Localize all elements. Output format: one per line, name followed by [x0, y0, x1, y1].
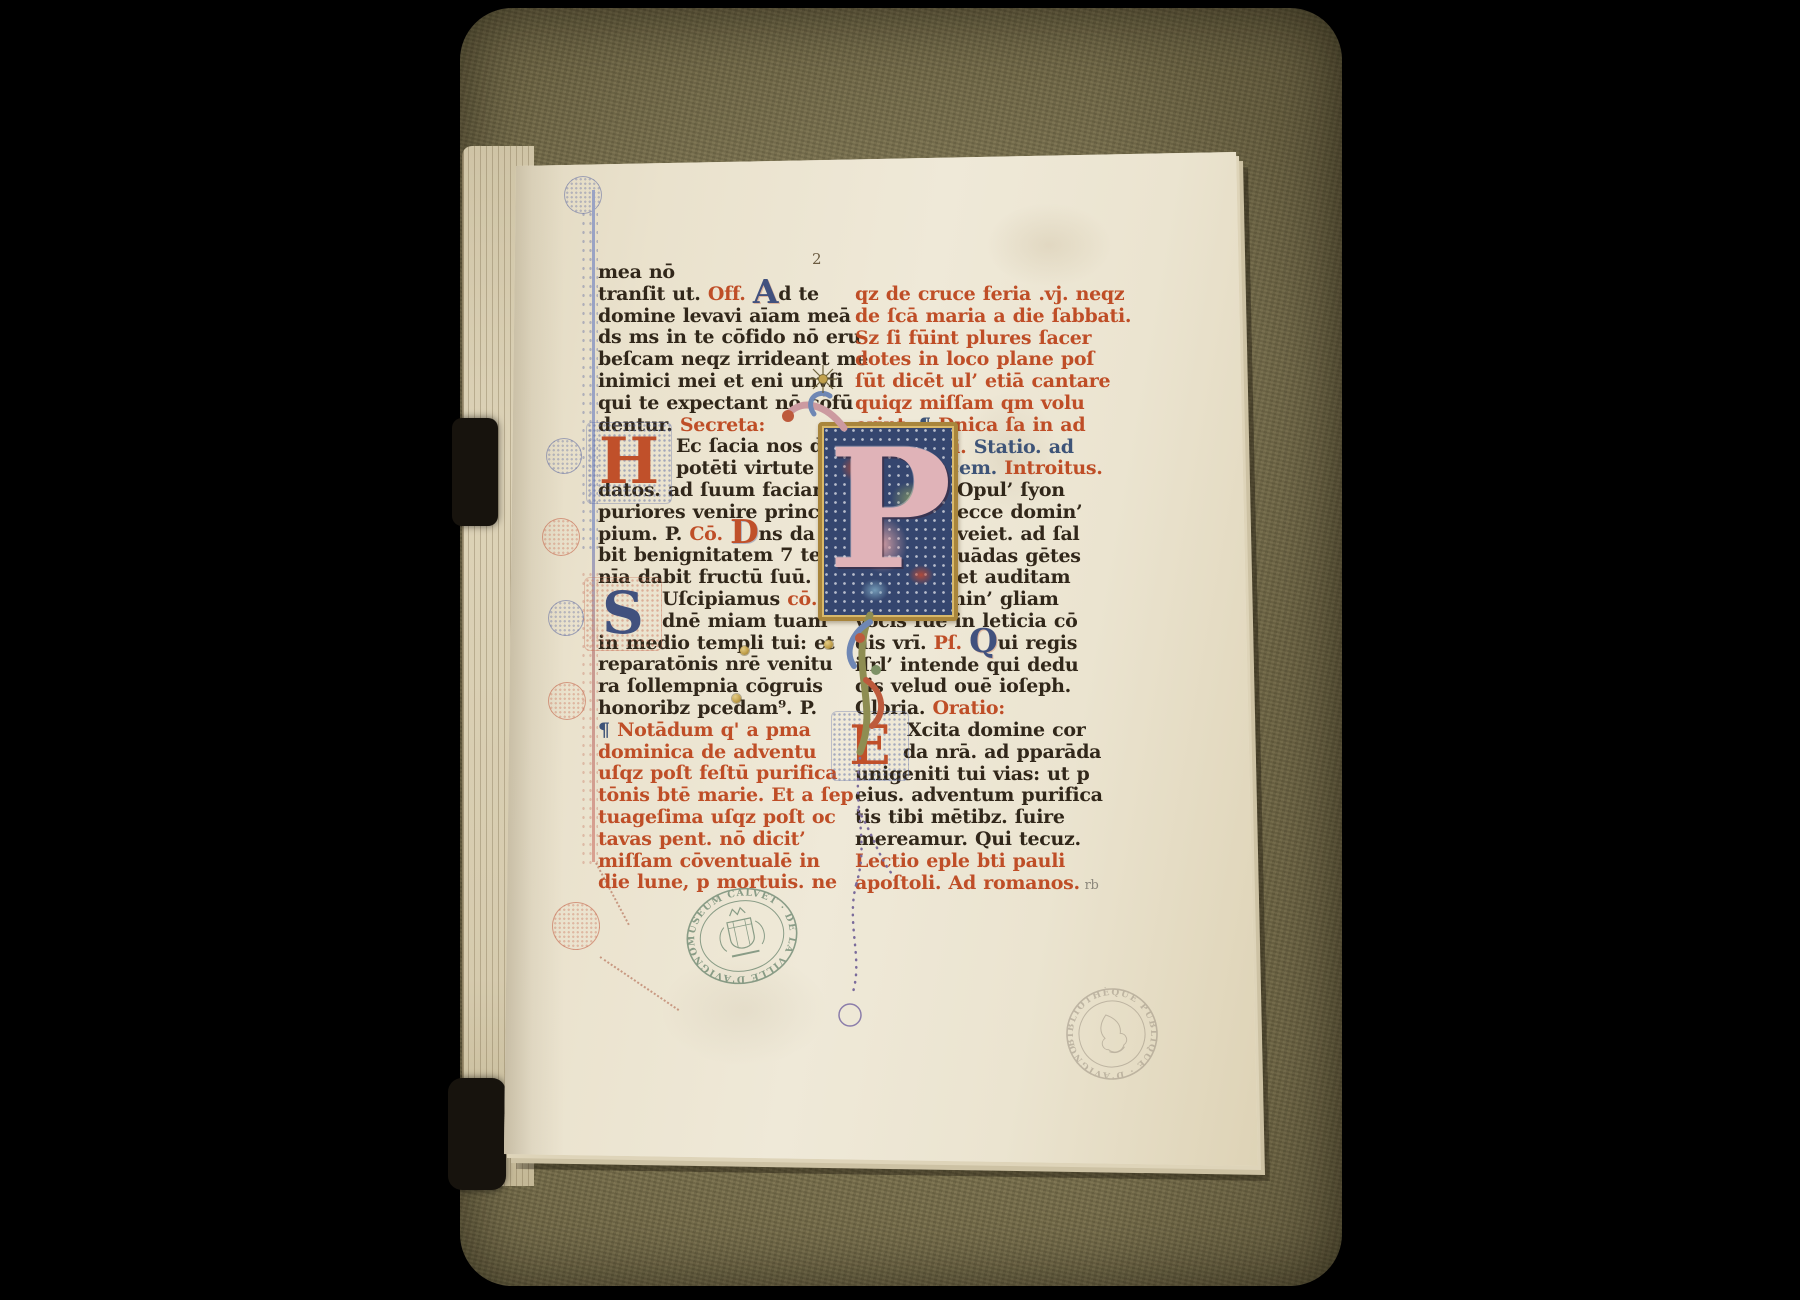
- gold-dot-ornament: [740, 646, 749, 655]
- body-text: ¶: [598, 719, 617, 741]
- gold-dot-ornament: [732, 694, 741, 703]
- text-line: qz de cruce feria .vj. neqz: [855, 284, 1101, 306]
- body-text: d te: [778, 283, 819, 305]
- body-text: ds ms in te cōfido nō eru: [598, 326, 861, 348]
- rubric-text: Introitus.: [1004, 457, 1102, 479]
- body-text: Uſcipiamus: [662, 588, 787, 610]
- initial-letter: S: [585, 578, 661, 648]
- rubric-text: qz de cruce feria .vj. neqz: [855, 283, 1124, 305]
- body-text: ecce domin’: [957, 501, 1082, 523]
- border-chain: [599, 956, 679, 1011]
- rubric-text: Off.: [708, 283, 753, 305]
- border-bottom-medallion: [552, 902, 600, 950]
- bibliotheque-stamp: BIBLIOTHÈQUE PUBLIQUE · D'AVIGNON ·: [1049, 971, 1175, 1097]
- body-text: veiet. ad ſal: [957, 523, 1079, 545]
- body-text: pium. P.: [598, 523, 689, 545]
- inline-initial: D: [730, 512, 758, 551]
- body-text: rb: [1080, 878, 1099, 893]
- text-line: de ſcā maria a die ſabbati.: [855, 306, 1101, 328]
- border-roundel: [542, 518, 580, 556]
- page-content: 2 mea nōtranſit ut. Off. Ad tedomine lev…: [504, 150, 1260, 1172]
- binding-clamp-bottom: [448, 1078, 506, 1190]
- gold-star-ornament: [808, 364, 838, 394]
- initial-H-secreta: H: [586, 422, 672, 504]
- rubric-text: dotes in loco plane poſ: [855, 348, 1094, 370]
- border-roundel: [546, 438, 582, 474]
- text-line: beſcam neqz irrideant me: [598, 349, 834, 371]
- rubric-text: de ſcā maria a die ſabbati.: [855, 305, 1131, 327]
- rubric-text: Secreta:: [680, 414, 765, 436]
- border-top-medallion: [564, 176, 602, 214]
- body-text: mea nō: [598, 261, 675, 283]
- text-line: domine levavi aīam meā: [598, 306, 834, 328]
- initial-S-suscipiamus: S: [584, 577, 662, 651]
- svg-text:BIBLIOTHÈQUE PUBLIQUE · D'AVIG: BIBLIOTHÈQUE PUBLIQUE · D'AVIGNON ·: [1049, 971, 1170, 1095]
- inline-initial: A: [753, 272, 778, 311]
- text-line: mea nō: [598, 262, 834, 284]
- text-line: ds ms in te cōfido nō eru: [598, 327, 834, 349]
- text-line: dotes in loco plane poſ: [855, 349, 1101, 371]
- rubric-text: Cō.: [689, 523, 730, 545]
- text-line: Sz ſi fūint plures ſacer: [855, 328, 1101, 350]
- body-text: ui regis: [998, 632, 1078, 654]
- binding-clamp-top: [452, 418, 498, 526]
- initial-letter: H: [587, 423, 671, 501]
- border-roundel: [548, 682, 586, 720]
- body-text: uādas gētes: [957, 545, 1081, 567]
- rubric-text: Sz ſi fūint plures ſacer: [855, 327, 1091, 349]
- text-line: tranſit ut. Off. Ad te: [598, 284, 834, 306]
- body-text: domine levavi aīam meā: [598, 305, 851, 327]
- border-roundel: [548, 600, 584, 636]
- body-text: tranſit ut.: [598, 283, 708, 305]
- gold-dot-ornament: [824, 640, 833, 649]
- body-text: Statio. ad: [974, 436, 1074, 458]
